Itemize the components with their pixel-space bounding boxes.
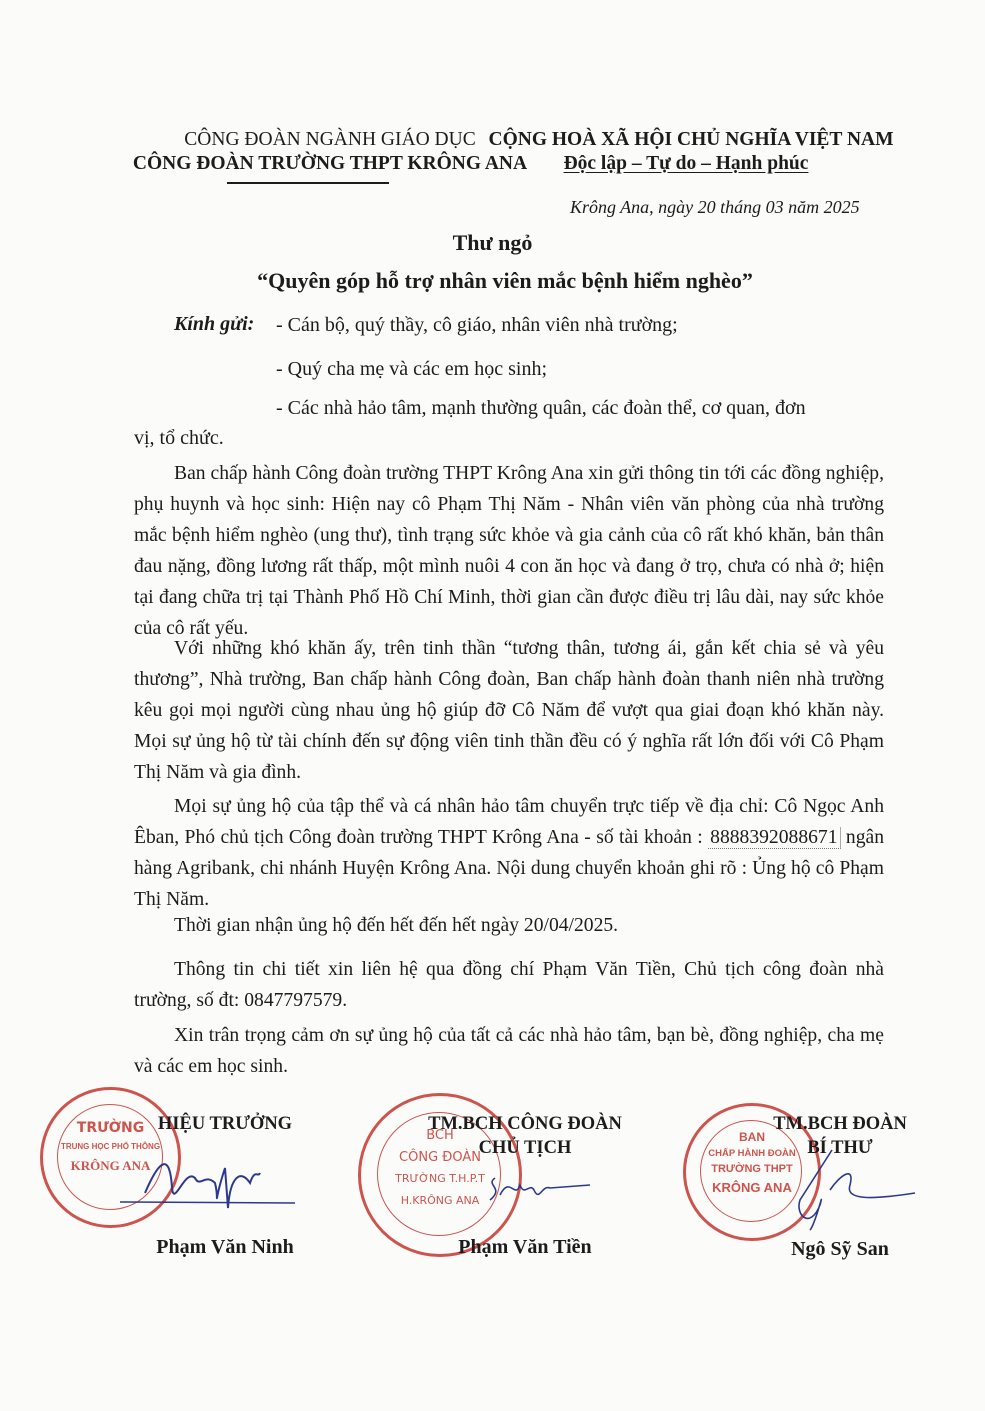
signer-name-principal: Phạm Văn Ninh: [110, 1235, 340, 1259]
paragraph-deadline: Thời gian nhận ủng hộ đến hết đến hết ng…: [134, 910, 884, 941]
signer-title-principal: HIỆU TRƯỞNG: [110, 1112, 340, 1136]
recipient-1: - Cán bộ, quý thầy, cô giáo, nhân viên n…: [276, 314, 678, 337]
paragraph-thanks: Xin trân trọng cảm ơn sự ủng hộ của tất …: [134, 1020, 884, 1082]
recipient-3-continuation: vị, tổ chức.: [134, 427, 224, 450]
recipient-2: - Quý cha mẹ và các em học sinh;: [276, 358, 547, 381]
deadline-text: Thời gian nhận ủng hộ đến hết đến hết ng…: [174, 915, 618, 936]
signer-name-union: Phạm Văn Tiền: [390, 1235, 660, 1259]
org-line-1: CÔNG ĐOÀN NGÀNH GIÁO DỤC: [130, 128, 530, 152]
org-underline: [227, 182, 389, 184]
letter-title: Thư ngỏ: [0, 230, 985, 256]
issuing-organization: CÔNG ĐOÀN NGÀNH GIÁO DỤC CÔNG ĐOÀN TRƯỜN…: [130, 128, 530, 184]
paragraph-situation: Ban chấp hành Công đoàn trường THPT Krôn…: [134, 458, 884, 644]
national-motto: Độc lập – Tự do – Hạnh phúc: [564, 153, 809, 174]
salutation-label: Kính gửi:: [174, 313, 254, 336]
paragraph-appeal-text: Với những khó khăn ấy, trên tinh thần “t…: [134, 638, 884, 783]
signer-name-youth-union: Ngô Sỹ San: [740, 1237, 940, 1261]
handwritten-signature-icon: [100, 1148, 300, 1218]
signer-title-union: TM.BCH CÔNG ĐOÀN CHỦ TỊCH: [390, 1112, 660, 1160]
bank-account-number: 8888392088671: [708, 827, 840, 849]
signer-title: TM.BCH CÔNG ĐOÀN: [390, 1112, 660, 1136]
thanks-text: Xin trân trọng cảm ơn sự ủng hộ của tất …: [134, 1025, 884, 1077]
recipient-3: - Các nhà hảo tâm, mạnh thường quân, các…: [276, 397, 806, 420]
national-title: CỘNG HOÀ XÃ HỘI CHỦ NGHĨA VIỆT NAM: [476, 128, 906, 152]
signer-title: HIỆU TRƯỞNG: [110, 1112, 340, 1136]
paragraph-appeal: Với những khó khăn ấy, trên tinh thần “t…: [134, 633, 884, 788]
signer-role: CHỦ TỊCH: [390, 1136, 660, 1160]
contact-text: Thông tin chi tiết xin liên hệ qua đồng …: [134, 959, 884, 1011]
paragraph-situation-text: Ban chấp hành Công đoàn trường THPT Krôn…: [134, 463, 884, 639]
org-line-2: CÔNG ĐOÀN TRƯỜNG THPT KRÔNG ANA: [130, 152, 530, 176]
letter-subtitle: “Quyên góp hỗ trợ nhân viên mắc bệnh hiể…: [0, 268, 985, 294]
signer-title: TM.BCH ĐOÀN: [740, 1112, 940, 1136]
document-page: CÔNG ĐOÀN NGÀNH GIÁO DỤC CÔNG ĐOÀN TRƯỜN…: [0, 0, 985, 1411]
national-header: CỘNG HOÀ XÃ HỘI CHỦ NGHĨA VIỆT NAM Độc l…: [476, 128, 906, 176]
paragraph-transfer-info: Mọi sự ủng hộ của tập thể và cá nhân hảo…: [134, 791, 884, 915]
paragraph-contact: Thông tin chi tiết xin liên hệ qua đồng …: [134, 954, 884, 1016]
date-line: Krông Ana, ngày 20 tháng 03 năm 2025: [570, 197, 860, 218]
handwritten-signature-icon: [780, 1145, 920, 1235]
handwritten-signature-icon: [480, 1170, 600, 1210]
